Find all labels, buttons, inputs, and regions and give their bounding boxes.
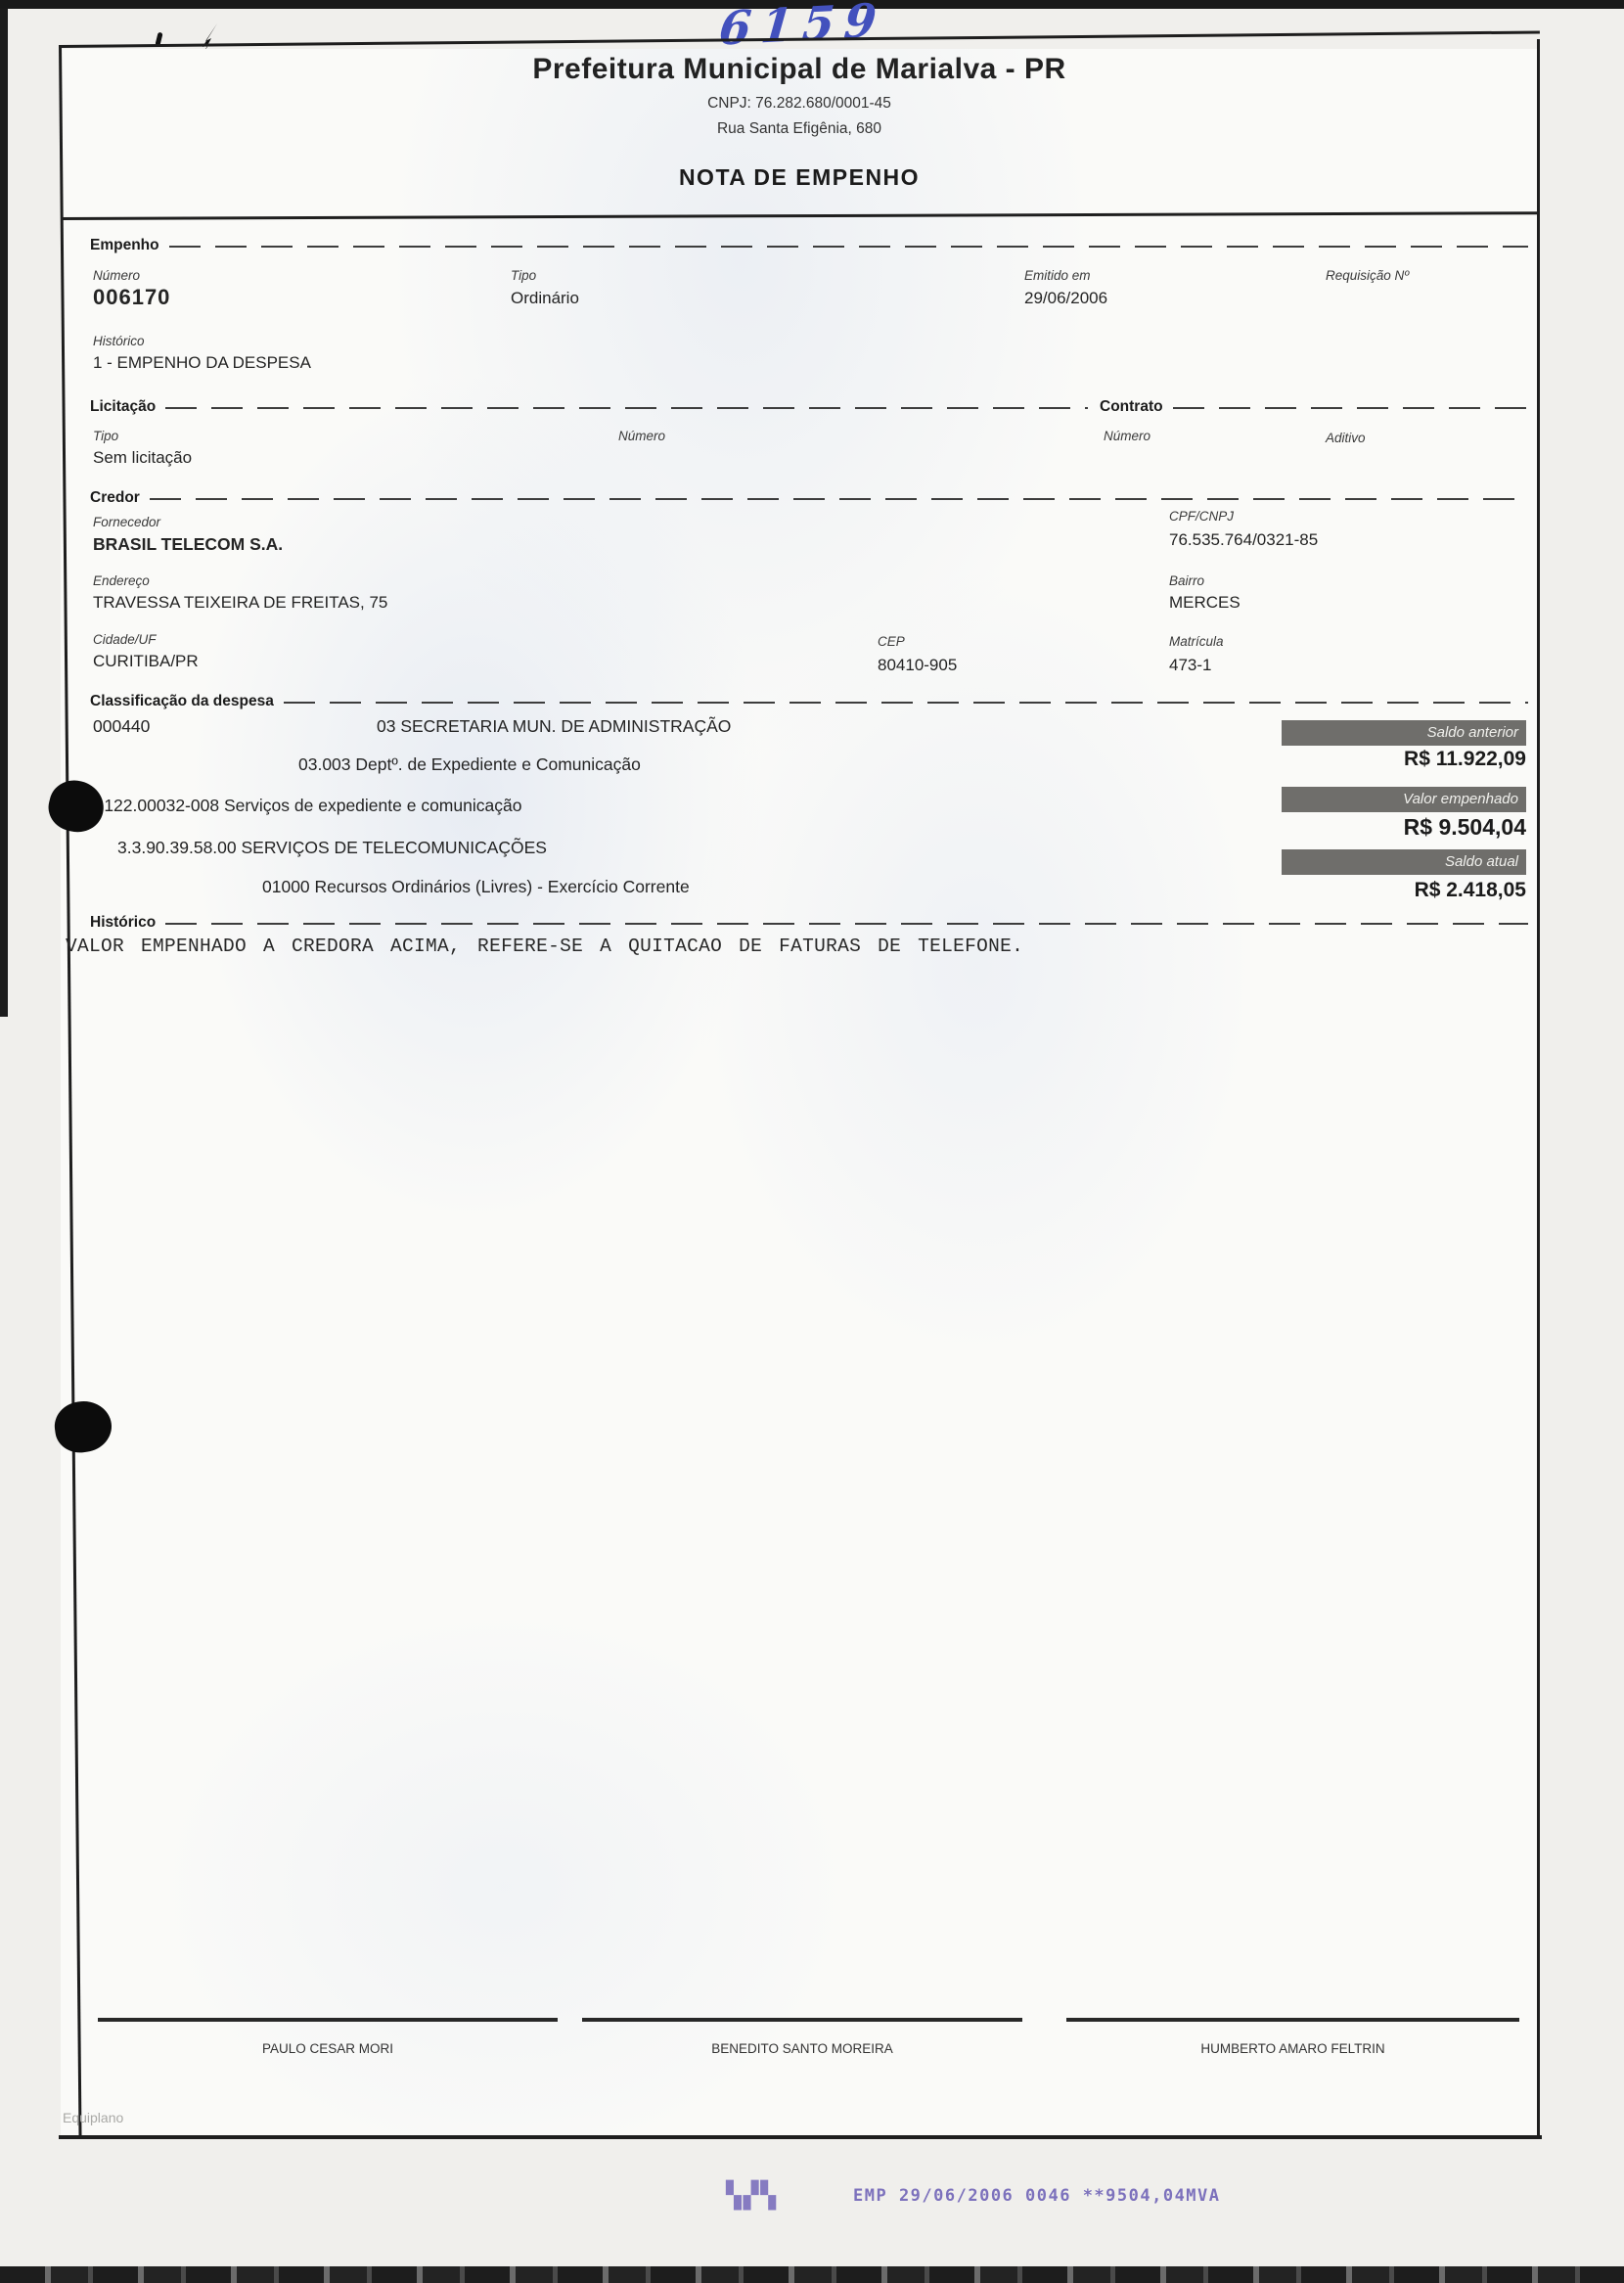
classificacao-row: 03.003 Deptº. de Expediente e Comunicaçã… [298,754,641,775]
section-contrato: Contrato [1100,398,1528,416]
classificacao-row: 3.3.90.39.58.00 SERVIÇOS DE TELECOMUNICA… [117,838,547,858]
saldo-atual-value: R$ 2.418,05 [1184,879,1526,902]
page-border-left [59,45,82,2139]
classificacao-code: 000440 [93,716,150,737]
empenho-historico: 1 - EMPENHO DA DESPESA [93,353,311,373]
licitacao-tipo: Sem licitação [93,448,192,468]
credor-endereco-label: Endereço [93,573,150,588]
credor-fornecedor-label: Fornecedor [93,515,160,529]
section-historico-label: Histórico [90,914,156,932]
stamp-logo: ▚▞▚ [726,2180,828,2212]
section-classificacao-label: Classificação da despesa [90,693,274,710]
section-dash [1173,407,1528,409]
section-licitacao-label: Licitação [90,398,156,416]
signature-name: PAULO CESAR MORI [98,2041,558,2056]
valor-empenhado-bar: Valor empenhado [1282,787,1526,812]
empenho-tipo: Ordinário [511,289,579,308]
credor-bairro: MERCES [1169,593,1241,613]
credor-bairro-label: Bairro [1169,573,1204,588]
credor-cidade: CURITIBA/PR [93,652,199,671]
licitacao-numero-label: Número [618,429,665,443]
historico-text: VALOR EMPENHADO A CREDORA ACIMA, REFERE-… [66,936,1023,957]
section-empenho: Empenho [90,237,1528,254]
section-historico: Histórico [90,914,1528,932]
empenho-requisicao-label: Requisição Nº [1326,268,1409,283]
empenho-emitido: 29/06/2006 [1024,289,1107,308]
credor-cep: 80410-905 [878,656,957,675]
section-dash [169,246,1528,248]
signature-name: HUMBERTO AMARO FELTRIN [1066,2041,1519,2056]
empenho-emitido-label: Emitido em [1024,268,1091,283]
signature-line [1066,2018,1519,2022]
doc-title: NOTA DE EMPENHO [61,164,1538,191]
org-title: Prefeitura Municipal de Marialva - PR [61,53,1538,86]
credor-cidade-label: Cidade/UF [93,632,157,647]
saldo-atual-bar: Saldo atual [1282,849,1526,875]
handwritten-number: 6159 [717,0,888,57]
saldo-anterior-value: R$ 11.922,09 [1184,748,1526,771]
section-credor-label: Credor [90,489,140,507]
section-empenho-label: Empenho [90,237,159,254]
section-dash [284,702,1528,704]
credor-cpfcnpj-label: CPF/CNPJ [1169,509,1234,524]
classificacao-org: 03 SECRETARIA MUN. DE ADMINISTRAÇÃO [377,716,731,737]
signature-line [582,2018,1022,2022]
saldo-anterior-bar: Saldo anterior [1282,720,1526,746]
classificacao-row: 01000 Recursos Ordinários (Livres) - Exe… [262,877,690,897]
scan-edge-left [0,9,8,1017]
scanned-document: 6159 Prefeitura Municipal de Marialva - … [0,0,1624,2283]
document-page: Prefeitura Municipal de Marialva - PR CN… [61,49,1538,2137]
stamp-text: EMP 29/06/2006 0046 **9504,04MVA [853,2186,1221,2206]
empenho-tipo-label: Tipo [511,268,536,283]
page-border-bottom [59,2135,1542,2139]
valor-empenhado-value: R$ 9.504,04 [1184,814,1526,841]
empenho-numero: 006170 [93,285,170,310]
credor-matricula: 473-1 [1169,656,1211,675]
contrato-numero-label: Número [1104,429,1150,443]
header-rule [61,211,1538,220]
section-dash [150,498,1528,500]
credor-fornecedor: BRASIL TELECOM S.A. [93,534,283,555]
classificacao-row: 04.122.00032-008 Serviços de expediente … [80,796,521,816]
credor-cep-label: CEP [878,634,905,649]
org-street: Rua Santa Efigênia, 680 [61,120,1538,138]
section-dash [165,407,1088,409]
section-contrato-label: Contrato [1100,398,1163,416]
credor-matricula-label: Matrícula [1169,634,1224,649]
page-border-right [1537,39,1540,2139]
vendor-watermark: Equiplano [63,2110,123,2125]
empenho-historico-label: Histórico [93,334,145,348]
credor-cpfcnpj: 76.535.764/0321-85 [1169,530,1318,550]
scan-edge-bottom [0,2266,1624,2283]
org-cnpj: CNPJ: 76.282.680/0001-45 [61,95,1538,113]
contrato-aditivo-label: Aditivo [1326,431,1366,445]
section-licitacao: Licitação [90,398,1088,416]
section-dash [165,923,1528,925]
section-classificacao: Classificação da despesa [90,693,1528,710]
signature-line [98,2018,558,2022]
empenho-numero-label: Número [93,268,140,283]
section-credor: Credor [90,489,1528,507]
signature-name: BENEDITO SANTO MOREIRA [582,2041,1022,2056]
credor-endereco: TRAVESSA TEIXEIRA DE FREITAS, 75 [93,593,387,613]
licitacao-tipo-label: Tipo [93,429,118,443]
